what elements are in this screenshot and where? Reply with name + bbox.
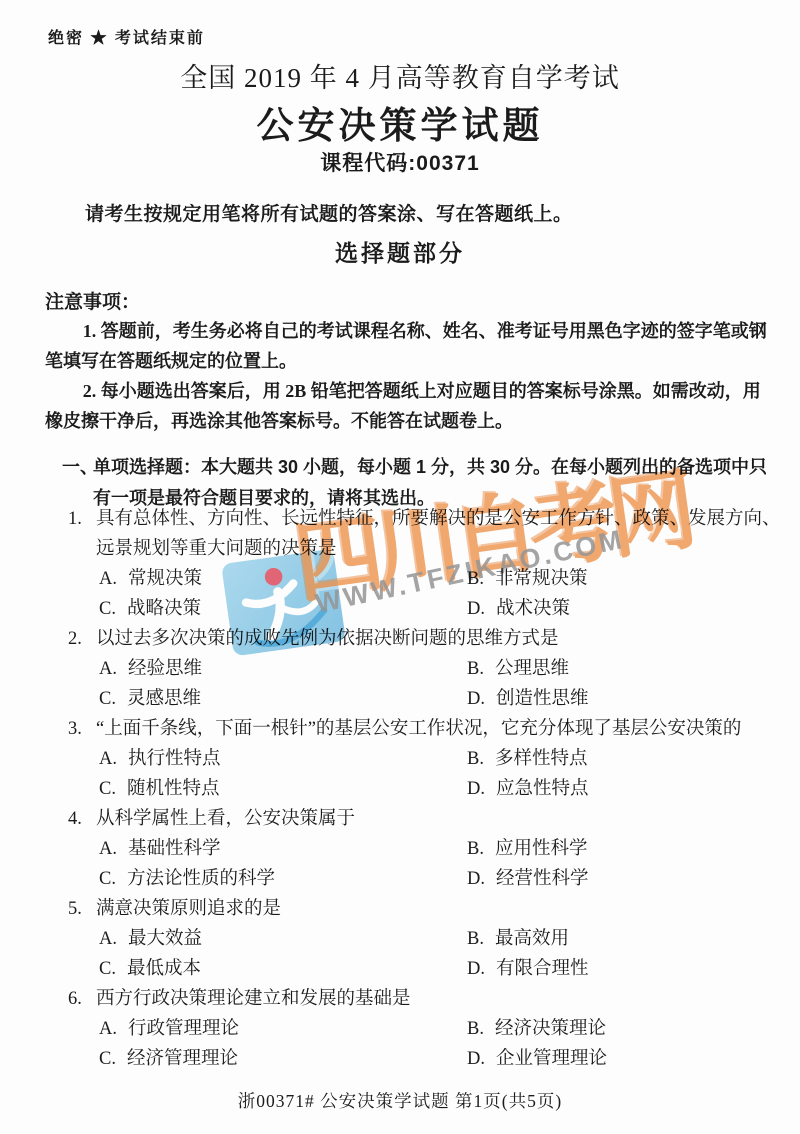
option-item: B.多样性特点 [467, 744, 782, 774]
option-text: 应急性特点 [496, 779, 589, 799]
note-item: 2. 每小题选出答案后，用 2B 铅笔把答题纸上对应题目的答案标号涂黑。如需改动… [45, 376, 771, 436]
option-label: A. [99, 569, 117, 589]
option-text: 行政管理理论 [128, 1019, 239, 1039]
option-label: B. [467, 1019, 484, 1039]
option-label: C. [99, 1049, 116, 1069]
option-item: B.公理思维 [467, 654, 782, 684]
notes-list: 1. 答题前，考生务必将自己的考试课程名称、姓名、准考证号用黑色字迹的签字笔或钢… [45, 316, 771, 436]
option-text: 公理思维 [495, 659, 569, 679]
option-item: D.企业管理理论 [467, 1044, 782, 1074]
course-code: 课程代码:00371 [0, 147, 800, 177]
option-item: A.执行性特点 [99, 744, 467, 774]
option-item: B.经济决策理论 [467, 1014, 782, 1044]
option-label: A. [99, 929, 117, 949]
question-number: 4. [68, 804, 82, 834]
answer-sheet-instruction: 请考生按规定用笔将所有试题的答案涂、写在答题纸上。 [85, 199, 573, 226]
option-item: D.创造性思维 [467, 684, 782, 714]
option-text: 最高效用 [495, 929, 569, 949]
option-text: 最大效益 [128, 929, 202, 949]
option-item: D.战术决策 [467, 594, 782, 624]
option-item: C.经济管理理论 [99, 1044, 467, 1074]
notes-title: 注意事项： [45, 287, 140, 314]
option-item: C.灵感思维 [99, 684, 467, 714]
option-label: B. [467, 569, 484, 589]
question-list: 1. 具有总体性、方向性、长远性特征，所要解决的是公安工作方针、政策、发展方向、… [68, 504, 782, 1074]
option-text: 方法论性质的科学 [127, 869, 275, 889]
option-label: D. [467, 599, 485, 619]
option-text: 灵感思维 [127, 689, 201, 709]
exam-paper-page: 绝密 ★ 考试结束前 全国 2019 年 4 月高等教育自学考试 公安决策学试题… [0, 0, 800, 1134]
option-item: D.应急性特点 [467, 774, 782, 804]
footer-page-info: 浙00371# 公安决策学试题 第1页(共5页) [0, 1088, 800, 1113]
option-text: 应用性科学 [495, 839, 588, 859]
option-text: 战术决策 [496, 599, 570, 619]
option-label: D. [467, 779, 485, 799]
question-block: 4. 从科学属性上看，公安决策属于 A.基础性科学 B.应用性科学 C.方法论性… [68, 804, 782, 894]
question-block: 6. 西方行政决策理论建立和发展的基础是 A.行政管理理论 B.经济决策理论 C… [68, 984, 782, 1074]
option-text: 战略决策 [127, 599, 201, 619]
option-item: C.随机性特点 [99, 774, 467, 804]
option-text: 最低成本 [127, 959, 201, 979]
option-item: D.经营性科学 [467, 864, 782, 894]
question-number: 3. [68, 714, 82, 744]
option-label: C. [99, 869, 116, 889]
option-text: 企业管理理论 [496, 1049, 607, 1069]
option-label: D. [467, 1049, 485, 1069]
option-item: B.最高效用 [467, 924, 782, 954]
option-label: D. [467, 689, 485, 709]
question-number: 6. [68, 984, 82, 1014]
option-text: 非常规决策 [495, 569, 588, 589]
option-text: 有限合理性 [496, 959, 589, 979]
paper-title: 公安决策学试题 [0, 95, 800, 149]
option-text: 随机性特点 [127, 779, 220, 799]
question-number: 1. [68, 504, 82, 534]
option-item: A.行政管理理论 [99, 1014, 467, 1044]
option-item: A.常规决策 [99, 564, 467, 594]
option-text: 经济决策理论 [495, 1019, 606, 1039]
option-item: A.最大效益 [99, 924, 467, 954]
option-text: 创造性思维 [496, 689, 589, 709]
question-text: 满意决策原则追求的是 [96, 899, 281, 919]
option-label: C. [99, 689, 116, 709]
option-label: A. [99, 659, 117, 679]
question-block: 2. 以过去多次决策的成败先例为依据决断问题的思维方式是 A.经验思维 B.公理… [68, 624, 782, 714]
question-text: 西方行政决策理论建立和发展的基础是 [96, 989, 411, 1009]
option-label: B. [467, 839, 484, 859]
option-label: A. [99, 839, 117, 859]
option-item: A.基础性科学 [99, 834, 467, 864]
option-text: 经验思维 [128, 659, 202, 679]
multiple-choice-part-title: 选择题部分 [0, 235, 800, 268]
option-label: B. [467, 929, 484, 949]
option-label: A. [99, 1019, 117, 1039]
question-text: 具有总体性、方向性、长远性特征，所要解决的是公安工作方针、政策、发展方向、远景规… [96, 509, 781, 559]
question-number: 2. [68, 624, 82, 654]
option-item: D.有限合理性 [467, 954, 782, 984]
section-marker: 一、 [62, 452, 98, 483]
option-label: B. [467, 659, 484, 679]
question-text: 从科学属性上看，公安决策属于 [96, 809, 355, 829]
question-block: 1. 具有总体性、方向性、长远性特征，所要解决的是公安工作方针、政策、发展方向、… [68, 504, 782, 624]
note-item: 1. 答题前，考生务必将自己的考试课程名称、姓名、准考证号用黑色字迹的签字笔或钢… [45, 316, 771, 376]
option-label: B. [467, 749, 484, 769]
option-label: C. [99, 599, 116, 619]
exam-session-title: 全国 2019 年 4 月高等教育自学考试 [0, 56, 800, 95]
option-text: 基础性科学 [128, 839, 221, 859]
classification-label: 绝密 ★ 考试结束前 [48, 25, 205, 48]
option-item: C.战略决策 [99, 594, 467, 624]
question-number: 5. [68, 894, 82, 924]
option-item: B.应用性科学 [467, 834, 782, 864]
option-item: A.经验思维 [99, 654, 467, 684]
option-label: D. [467, 869, 485, 889]
option-label: A. [99, 749, 117, 769]
option-text: 多样性特点 [495, 749, 588, 769]
option-text: 经营性科学 [496, 869, 589, 889]
option-item: C.最低成本 [99, 954, 467, 984]
option-label: C. [99, 959, 116, 979]
question-block: 3. “上面千条线，下面一根针”的基层公安工作状况，它充分体现了基层公安决策的 … [68, 714, 782, 804]
section-title: 单项选择题：本大题共 30 小题，每小题 1 分，共 30 分。在每小题列出的备… [93, 457, 767, 508]
question-text: 以过去多次决策的成败先例为依据决断问题的思维方式是 [96, 629, 559, 649]
question-block: 5. 满意决策原则追求的是 A.最大效益 B.最高效用 C.最低成本 D.有限合… [68, 894, 782, 984]
question-text: “上面千条线，下面一根针”的基层公安工作状况，它充分体现了基层公安决策的 [96, 719, 741, 739]
option-item: B.非常规决策 [467, 564, 782, 594]
option-text: 经济管理理论 [127, 1049, 238, 1069]
option-item: C.方法论性质的科学 [99, 864, 467, 894]
option-text: 执行性特点 [128, 749, 221, 769]
option-text: 常规决策 [128, 569, 202, 589]
option-label: D. [467, 959, 485, 979]
option-label: C. [99, 779, 116, 799]
